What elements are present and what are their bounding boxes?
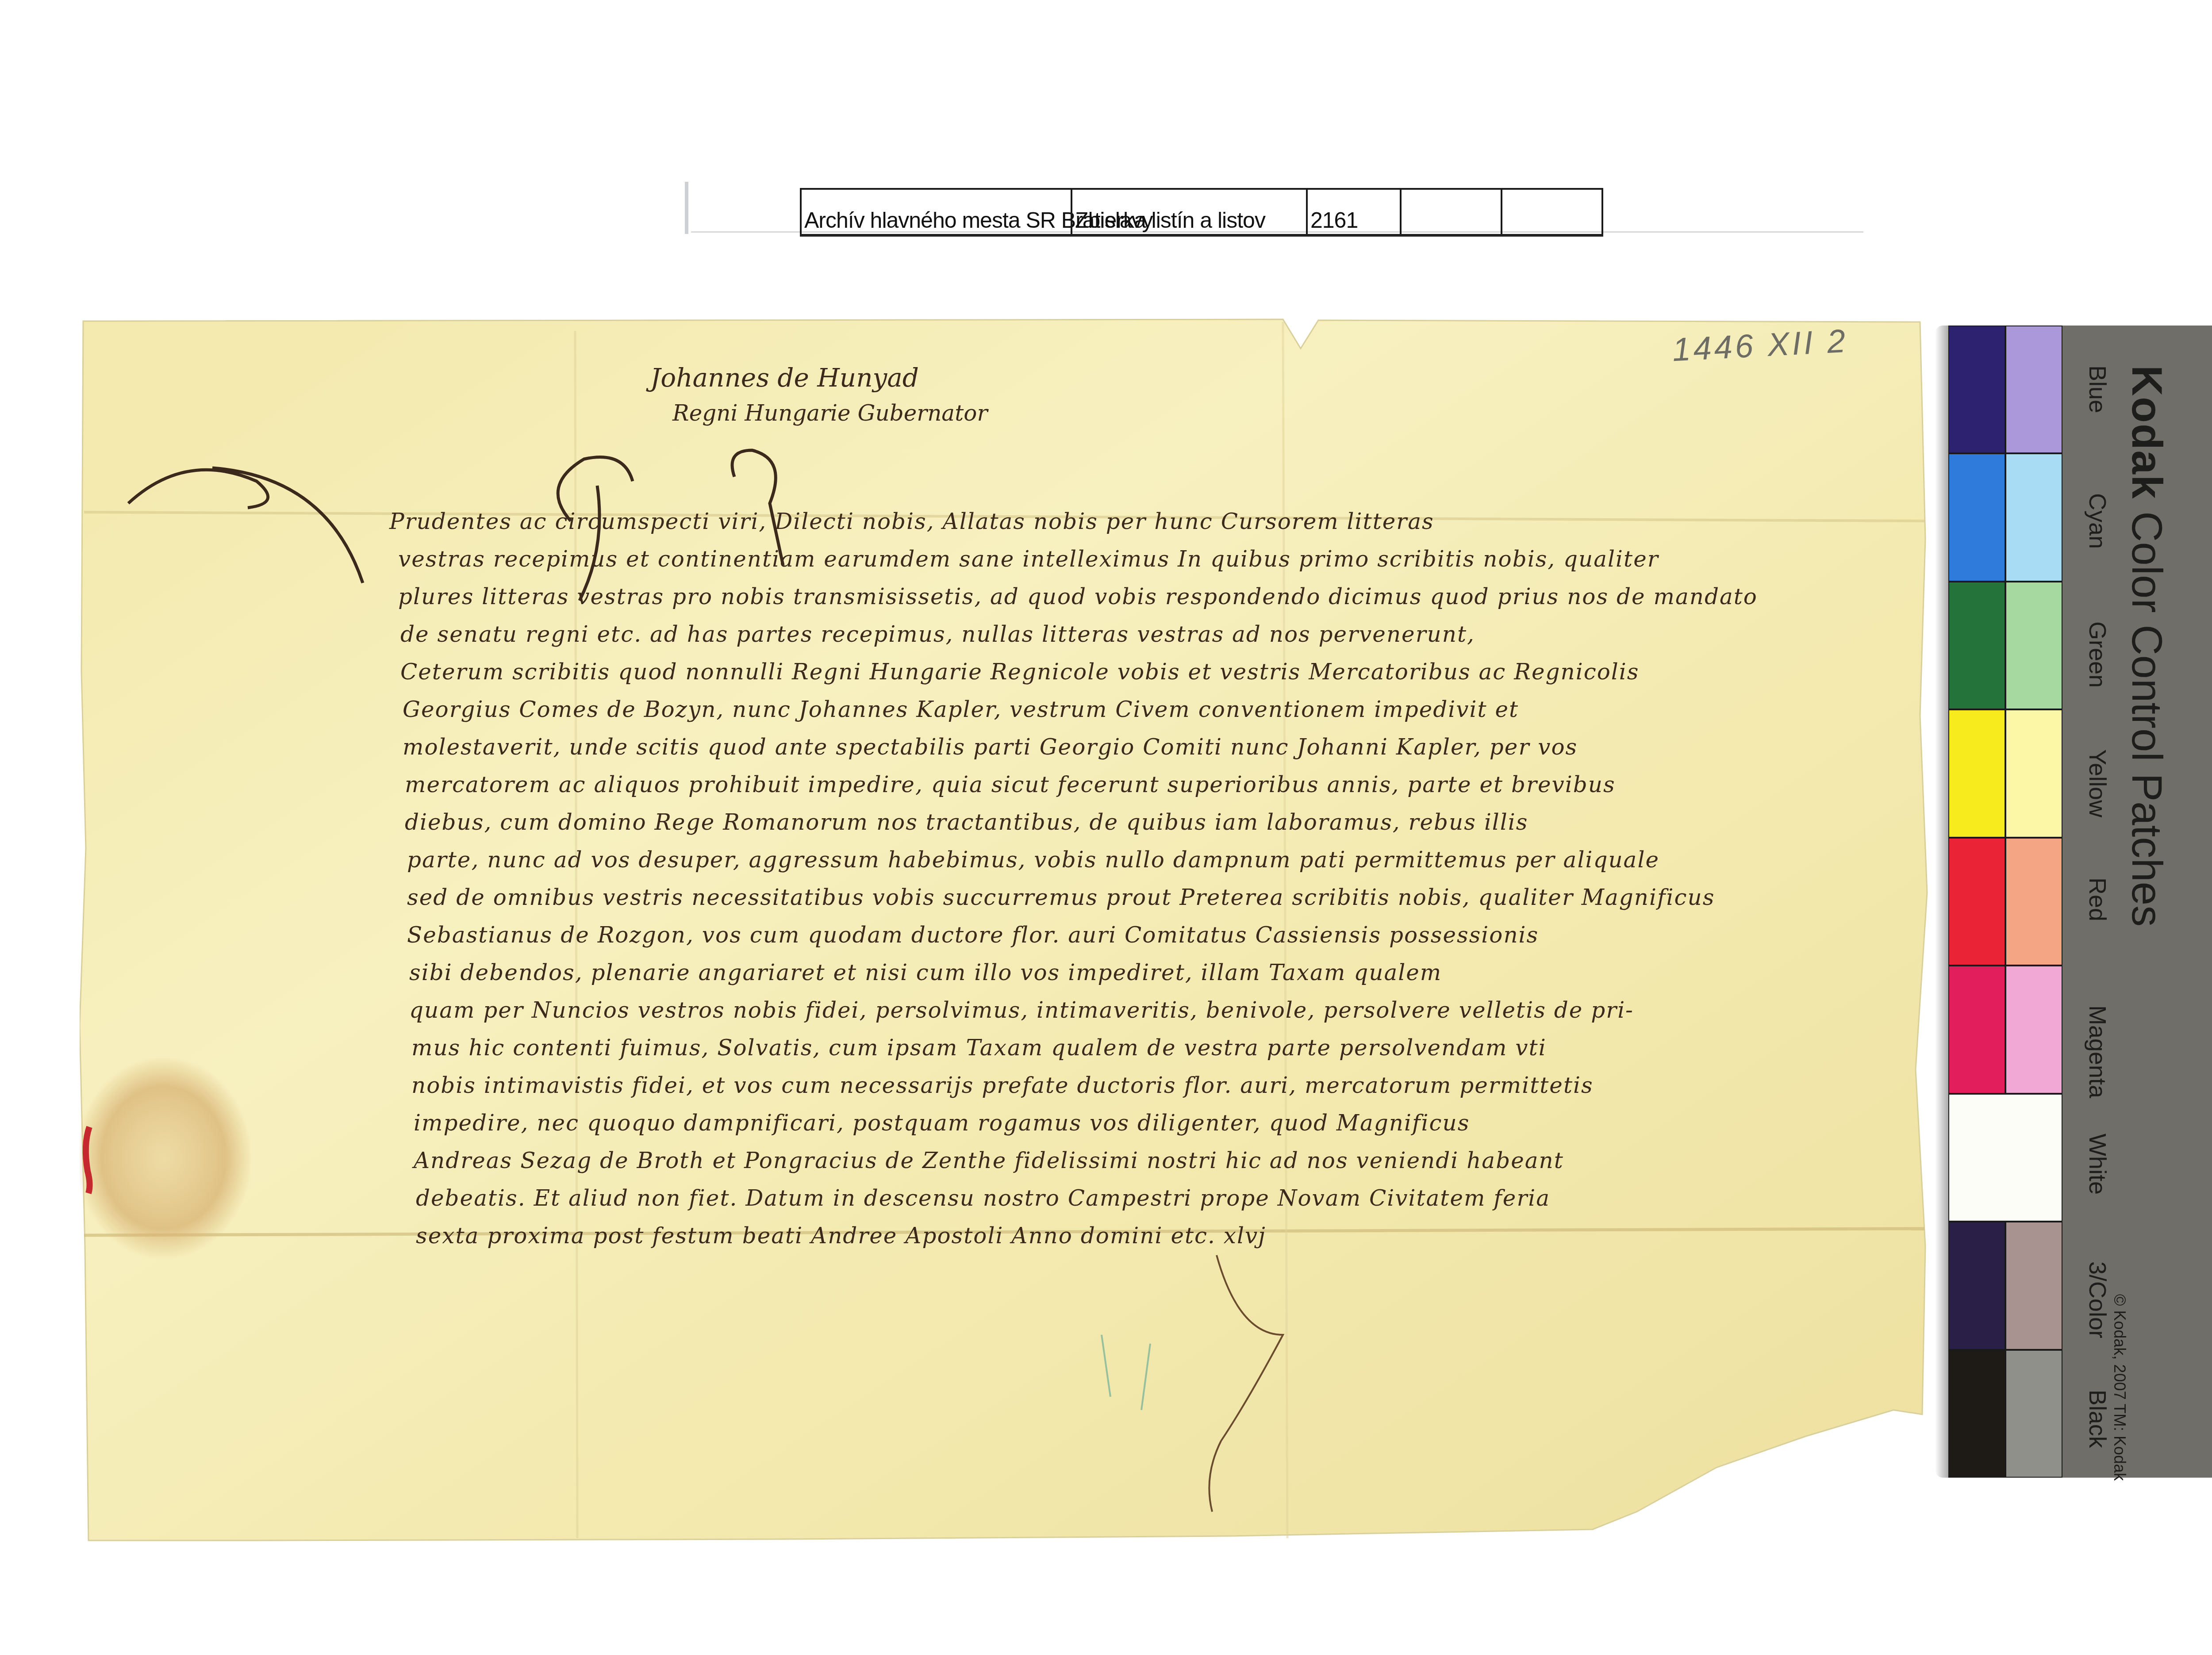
color-patch-white xyxy=(1948,1094,2062,1222)
color-patch-cyan-dark xyxy=(1948,453,2005,581)
color-patch-cyan-light xyxy=(2005,453,2062,581)
patch-label: Green xyxy=(2084,621,2111,688)
label-cell-inventory-number: 2161 xyxy=(1306,190,1400,234)
letter-line: impedire, nec quoquo dampnificari, postq… xyxy=(414,1110,1470,1136)
patch-label: Red xyxy=(2084,877,2111,921)
patch-label: Magenta xyxy=(2084,1005,2111,1098)
letter-sender-name: Johannes de Hunyad xyxy=(650,363,919,393)
label-cell-collection: Zbierka listín a listov xyxy=(1071,190,1306,234)
letter-line: quam per Nuncios vestros nobis fidei, pe… xyxy=(409,997,1634,1023)
archive-label-table: Archív hlavného mesta SR Bratislavy Zbie… xyxy=(800,188,1603,237)
letter-line: vestras recepimus et continentiam earumd… xyxy=(398,546,1659,572)
letter-line: mus hic contenti fuimus, Solvatis, cum i… xyxy=(411,1035,1547,1061)
patch-label: Cyan xyxy=(2084,493,2111,549)
letter-line: sibi debendos, plenarie angariaret et ni… xyxy=(409,960,1442,985)
color-patch-red-dark xyxy=(1948,838,2005,965)
color-patch-magenta-dark xyxy=(1948,965,2005,1093)
label-cell-empty-2 xyxy=(1501,190,1603,234)
letter-line: Ceterum scribitis quod nonnulli Regni Hu… xyxy=(400,659,1639,685)
letter-line: molestaverit, unde scitis quod ante spec… xyxy=(403,734,1578,760)
label-cell-empty-1 xyxy=(1400,190,1501,234)
letter-line: plures litteras vestras pro nobis transm… xyxy=(398,584,1758,609)
letter-line: mercatorem ac aliquos prohibuit impedire… xyxy=(405,772,1616,797)
patch-label: White xyxy=(2084,1134,2111,1195)
label-cell-archive-name: Archív hlavného mesta SR Bratislavy xyxy=(800,190,1071,234)
letter-line: parte, nunc ad vos desuper, aggressum ha… xyxy=(407,847,1659,873)
letter-line: nobis intimavistis fidei, et vos cum nec… xyxy=(411,1073,1594,1098)
kodak-brand-title: Kodak Color Control Patches xyxy=(2122,365,2171,927)
patch-label: 3/Color xyxy=(2084,1261,2111,1338)
patch-label: Yellow xyxy=(2084,749,2111,817)
letter-line: Georgius Comes de Bozyn, nunc Johannes K… xyxy=(403,697,1519,722)
patch-label: Black xyxy=(2084,1390,2111,1448)
color-patch-blue-light xyxy=(2005,326,2062,453)
color-patch-green-light xyxy=(2005,582,2062,709)
kodak-copyright: © Kodak, 2007 TM: Kodak xyxy=(2110,1294,2129,1481)
letter-line: de senatu regni etc. ad has partes recep… xyxy=(400,621,1475,647)
letter-line: Prudentes ac circumspecti viri, Dilecti … xyxy=(389,509,1858,534)
kodak-logo-text: Kodak xyxy=(2123,365,2170,499)
kodak-card-title: Color Control Patches xyxy=(2123,511,2170,927)
label-strip-edge xyxy=(685,182,688,234)
ruler-cm-unit: cm xyxy=(2210,339,2212,359)
archive-label-strip: Archív hlavného mesta SR Bratislavy Zbie… xyxy=(685,182,1866,234)
color-patch-grid xyxy=(1948,326,2062,1478)
kodak-color-card: BlueCyanGreenYellowRedMagentaWhite3/Colo… xyxy=(1948,326,2212,1478)
color-patch-yellow-light xyxy=(2005,709,2062,837)
color-patch-black-dark xyxy=(1948,1350,2005,1478)
letter-sender-title: Regni Hungarie Gubernator xyxy=(672,400,987,426)
patch-label: Blue xyxy=(2084,365,2111,413)
color-patch-blue-dark xyxy=(1948,326,2005,453)
letter-line: diebus, cum domino Rege Romanorum nos tr… xyxy=(405,809,1528,835)
letter-line: debeatis. Et aliud non fiet. Datum in de… xyxy=(416,1185,1550,1211)
color-patch-black-light xyxy=(2005,1350,2062,1478)
color-patch-red-light xyxy=(2005,838,2062,965)
gray-ruler-strip: BlueCyanGreenYellowRedMagentaWhite3/Colo… xyxy=(2062,326,2212,1478)
color-patch-3-color-light xyxy=(2005,1222,2062,1349)
letter-line: sed de omnibus vestris necessitatibus vo… xyxy=(407,885,1715,910)
color-patch-yellow-dark xyxy=(1948,709,2005,837)
letter-line: Sebastianus de Rozgon, vos cum quodam du… xyxy=(407,922,1539,948)
color-patch-magenta-light xyxy=(2005,965,2062,1093)
color-patch-3-color-dark xyxy=(1948,1222,2005,1349)
color-patch-green-dark xyxy=(1948,582,2005,709)
letter-line: sexta proxima post festum beati Andree A… xyxy=(416,1223,1266,1249)
letter-line: Andreas Sezag de Broth et Pongracius de … xyxy=(414,1148,1564,1173)
